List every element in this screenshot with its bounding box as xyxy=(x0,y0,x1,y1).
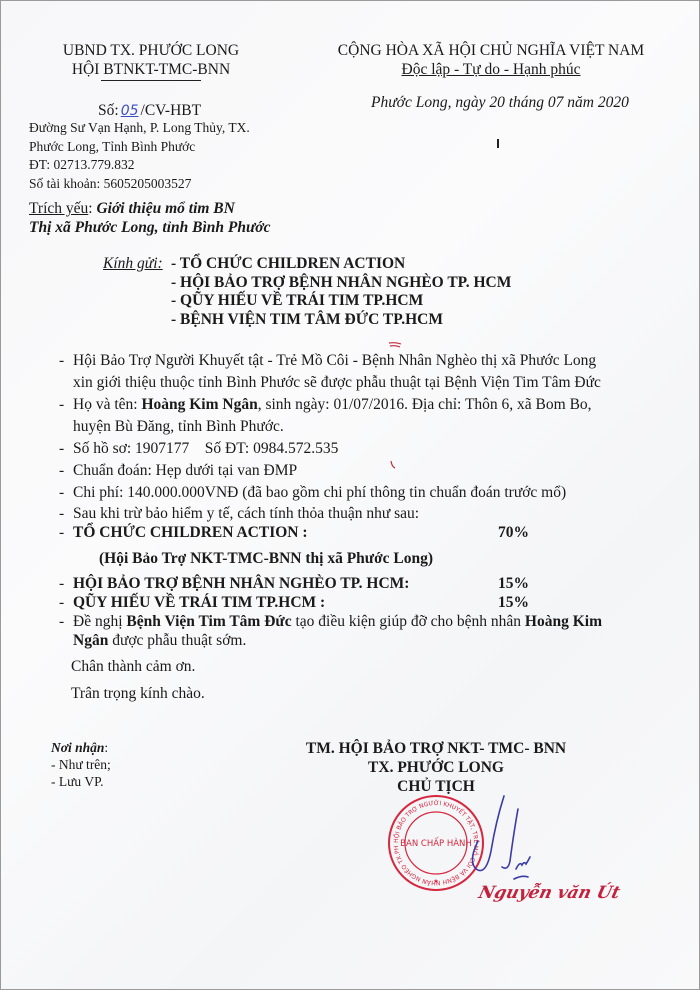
subject-line-2: Thị xã Phước Long, tỉnh Bình Phước xyxy=(29,218,271,237)
patient-info: - Họ và tên: Hoàng Kim Ngân, sinh ngày: … xyxy=(41,394,681,438)
distribution-label: Nơi nhận xyxy=(51,740,104,755)
request-patient-name: Hoàng Kim xyxy=(525,613,602,630)
diagnosis: Chuẩn đoán: Hẹp dưới tại van ĐMP xyxy=(73,462,297,479)
request-text: tạo điều kiện giúp đỡ cho bệnh nhân xyxy=(292,613,525,630)
share-percent: 15% xyxy=(498,574,529,593)
doc-number-prefix: Số: xyxy=(98,102,119,119)
doc-number-handwritten: 05 xyxy=(119,103,141,119)
document-number: Số:05/CV-HBT xyxy=(98,102,201,120)
bullet-dash: - xyxy=(59,394,64,416)
letter-body: - Hội Bảo Trợ Người Khuyết tật - Trẻ Mồ … xyxy=(41,350,681,650)
address-line: Đường Sư Vạn Hạnh, P. Long Thủy, TX. xyxy=(29,119,250,138)
request-hospital: Bệnh Viện Tim Tâm Đức xyxy=(126,613,291,630)
request-text: được phẫu thuật sớm. xyxy=(108,632,246,649)
bullet-dash: - xyxy=(59,523,64,542)
org-address: Đường Sư Vạn Hạnh, P. Long Thủy, TX. Phư… xyxy=(29,119,250,193)
recipient-item: - HỘI BẢO TRỢ BỆNH NHÂN NGHÈO TP. HCM xyxy=(171,274,511,293)
bullet-dash: - xyxy=(59,612,64,631)
patient-label: Họ và tên: xyxy=(73,396,141,413)
bullet-dash: - xyxy=(59,460,64,482)
recipient-item: - QŨY HIẾU VỀ TRÁI TIM TP.HCM xyxy=(171,292,511,311)
document-date: Phước Long, ngày 20 tháng 07 năm 2020 xyxy=(371,94,629,112)
document-page: UBND TX. PHƯỚC LONG HỘI BTNKT-TMC-BNN CỘ… xyxy=(0,0,700,990)
national-header: CỘNG HÒA XÃ HỘI CHỦ NGHĨA VIỆT NAM Độc l… xyxy=(301,41,681,79)
diagnosis-row: - Chuẩn đoán: Hẹp dưới tại van ĐMP xyxy=(41,460,681,482)
bullet-dash: - xyxy=(59,574,64,593)
sub-organization: (Hội Bảo Trợ NKT-TMC-BNN thị xã Phước Lo… xyxy=(41,548,681,570)
bullet-dash: - xyxy=(59,593,64,612)
request-paragraph: - Đề nghị Bệnh Viện Tim Tâm Đức tạo điều… xyxy=(41,612,681,650)
patient-name: Hoàng Kim Ngân xyxy=(141,396,257,413)
cost: Chi phí: 140.000.000VNĐ (đã bao gồm chi … xyxy=(73,484,566,501)
cost-row: - Chi phí: 140.000.000VNĐ (đã bao gồm ch… xyxy=(41,482,681,504)
distribution-item: - Như trên; xyxy=(51,756,111,773)
share-row: - TỔ CHỨC CHILDREN ACTION : 70% xyxy=(41,523,681,542)
pen-mark xyxy=(497,139,499,148)
recipients-list: - TỔ CHỨC CHILDREN ACTION - HỘI BẢO TRỢ … xyxy=(171,255,511,329)
distribution-colon: : xyxy=(104,740,108,755)
intro-line-1: Hội Bảo Trợ Người Khuyết tật - Trẻ Mồ Cô… xyxy=(73,350,681,372)
share-row: - QŨY HIẾU VỀ TRÁI TIM TP.HCM : 15% xyxy=(41,593,681,612)
intro-paragraph: - Hội Bảo Trợ Người Khuyết tật - Trẻ Mồ … xyxy=(41,350,681,394)
patient-address: huyện Bù Đăng, tỉnh Bình Phước. xyxy=(73,416,681,438)
svg-text:★: ★ xyxy=(433,878,438,885)
distribution-item: - Lưu VP. xyxy=(51,773,111,790)
share-row: - HỘI BẢO TRỢ BỆNH NHÂN NGHÈO TP. HCM: 1… xyxy=(41,574,681,593)
signer-location: TX. PHƯỚC LONG xyxy=(291,758,581,777)
thanks-line: Chân thành cảm ơn. xyxy=(71,658,195,676)
agreement-intro: Sau khi trừ bảo hiểm y tế, cách tính thỏ… xyxy=(73,505,419,522)
share-percent: 70% xyxy=(498,523,529,542)
recipients-label: Kính gửi: xyxy=(103,255,163,273)
signer-name: Nguyễn văn Út xyxy=(477,883,623,903)
share-percent: 15% xyxy=(498,593,529,612)
nation-motto: Độc lập - Tự do - Hạnh phúc xyxy=(402,60,581,79)
doc-number-suffix: /CV-HBT xyxy=(141,102,202,119)
subject-line-1: Giới thiệu mổ tim BN xyxy=(96,200,234,217)
signer-org: TM. HỘI BẢO TRỢ NKT- TMC- BNN xyxy=(291,739,581,758)
bank-account-line: Số tài khoản: 5605205003527 xyxy=(29,175,250,194)
handwritten-signature xyxy=(456,791,546,891)
intro-line-2: xin giới thiệu thuộc tỉnh Bình Phước sẽ … xyxy=(73,372,681,394)
distribution-list: Nơi nhận: - Như trên; - Lưu VP. xyxy=(51,739,111,790)
bullet-dash: - xyxy=(59,482,64,504)
bullet-dash: - xyxy=(59,438,64,460)
org-line-2: HỘI BTNKT-TMC-BNN xyxy=(41,60,261,79)
subject-label: Trích yếu xyxy=(29,200,88,217)
subject-colon: : xyxy=(88,200,92,217)
issuing-organization: UBND TX. PHƯỚC LONG HỘI BTNKT-TMC-BNN xyxy=(41,41,261,81)
bullet-dash: - xyxy=(59,504,64,523)
org-line-1: UBND TX. PHƯỚC LONG xyxy=(41,41,261,60)
recipient-item: - BỆNH VIỆN TIM TÂM ĐỨC TP.HCM xyxy=(171,311,511,330)
red-pen-mark xyxy=(388,342,402,348)
share-organization: TỔ CHỨC CHILDREN ACTION : xyxy=(73,524,308,541)
share-organization: QŨY HIẾU VỀ TRÁI TIM TP.HCM : xyxy=(73,594,325,611)
patient-details: , sinh ngày: 01/07/2016. Địa chỉ: Thôn 6… xyxy=(258,396,592,413)
phone-line: ĐT: 02713.779.832 xyxy=(29,156,250,175)
file-number: Số hồ sơ: 1907177 Số ĐT: 0984.572.535 xyxy=(73,440,338,457)
subject-block: Trích yếu: Giới thiệu mổ tim BN Thị xã P… xyxy=(29,199,271,237)
org-underline xyxy=(101,80,201,81)
recipient-item: - TỔ CHỨC CHILDREN ACTION xyxy=(171,255,511,274)
request-text: Đề nghị xyxy=(73,613,126,630)
bullet-dash: - xyxy=(59,350,64,372)
request-patient-name: Ngân xyxy=(73,632,108,649)
share-organization: HỘI BẢO TRỢ BỆNH NHÂN NGHÈO TP. HCM: xyxy=(73,575,409,592)
file-number-row: - Số hồ sơ: 1907177 Số ĐT: 0984.572.535 xyxy=(41,438,681,460)
regards-line: Trân trọng kính chào. xyxy=(71,685,205,703)
agreement-intro-row: - Sau khi trừ bảo hiểm y tế, cách tính t… xyxy=(41,504,681,523)
address-line: Phước Long, Tỉnh Bình Phước xyxy=(29,138,250,157)
nation-title: CỘNG HÒA XÃ HỘI CHỦ NGHĨA VIỆT NAM xyxy=(301,41,681,60)
signer-block: TM. HỘI BẢO TRỢ NKT- TMC- BNN TX. PHƯỚC … xyxy=(291,739,581,796)
